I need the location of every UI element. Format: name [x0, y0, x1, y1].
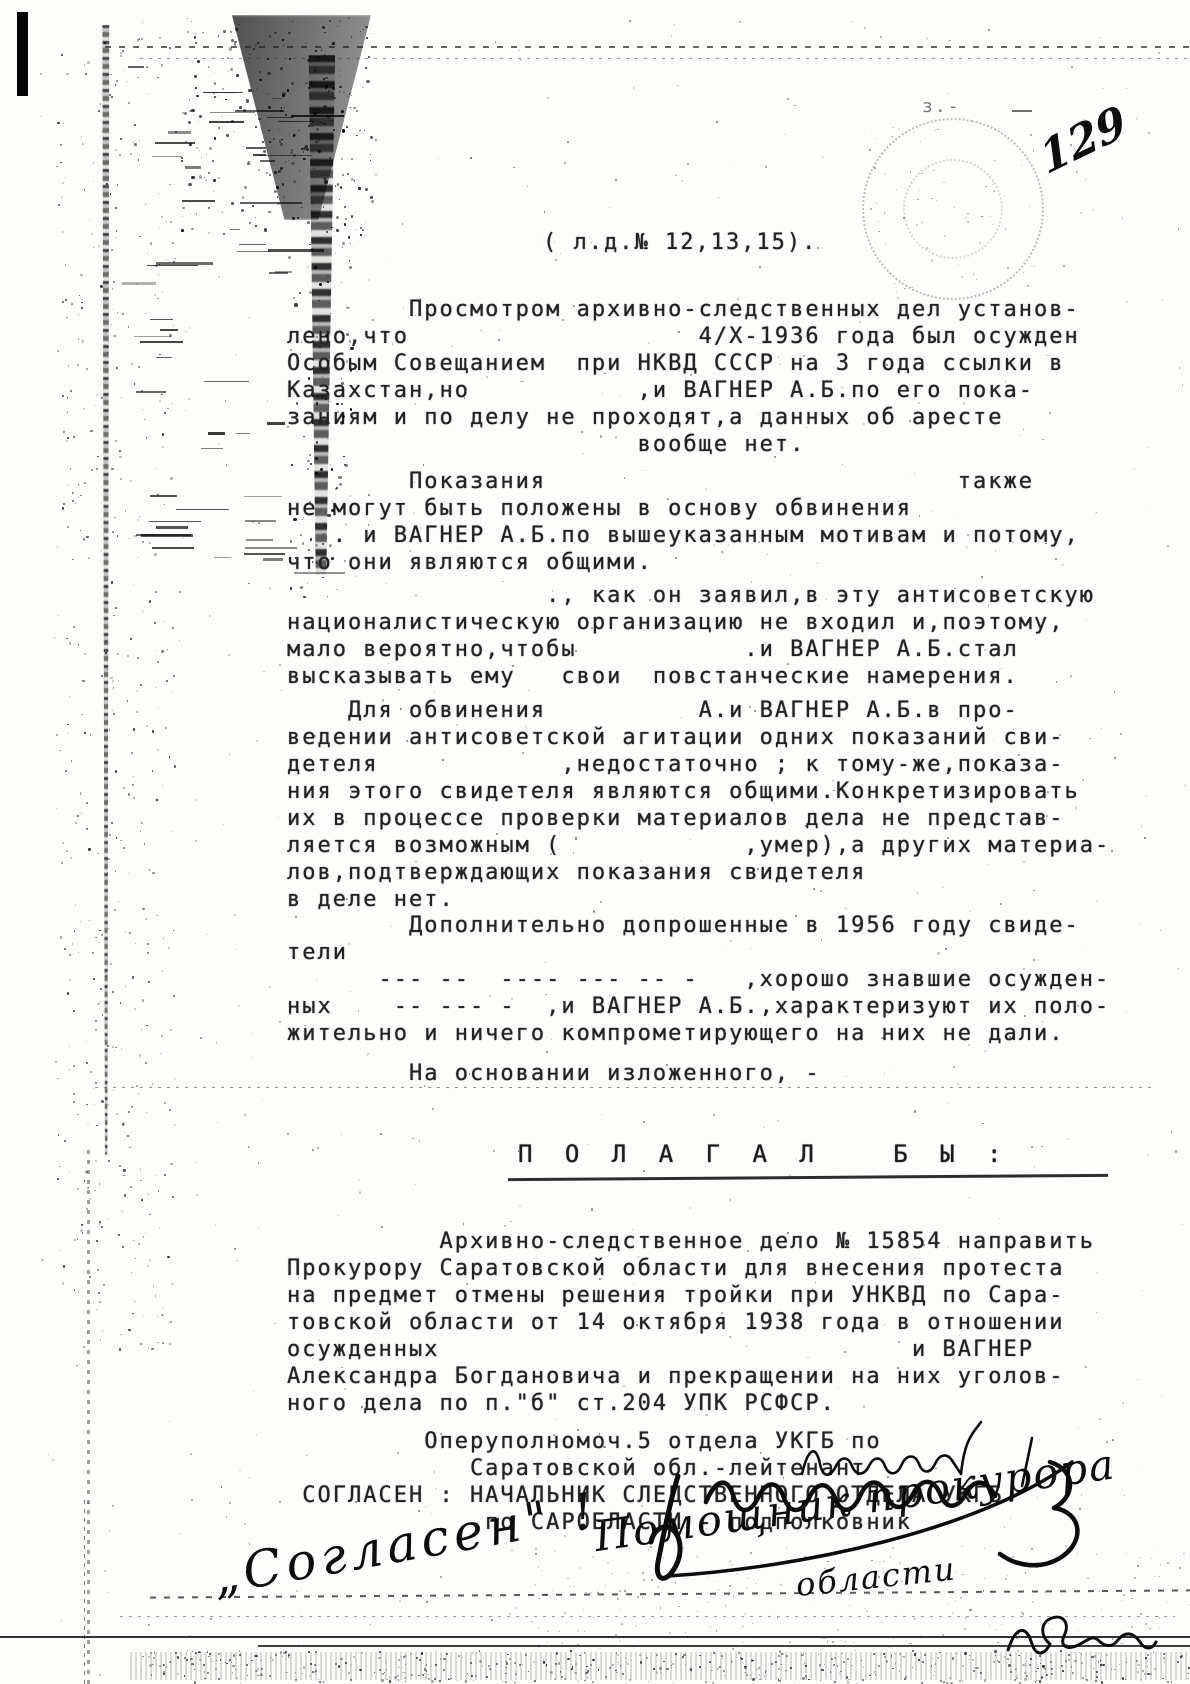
typed-line: Просмотром архивно-следственных дел уста… — [287, 296, 1080, 323]
typed-line: жительно и ничего компрометирующего на н… — [287, 1020, 1110, 1047]
corner-ink-wedge — [183, 15, 371, 220]
typed-line: ния этого свидетеля являются общими.Конк… — [287, 778, 1110, 805]
typed-line: ., как он заявил,в эту антисоветскую — [287, 582, 1095, 609]
typed-line: не могут быть положены в основу обвинени… — [287, 495, 1080, 522]
resolution-heading-underline — [508, 1174, 1108, 1181]
separator-dotted-rule — [95, 1087, 1155, 1088]
typed-line: националистическую организацию не входил… — [287, 609, 1095, 636]
typed-line: . и ВАГНЕР А.Б.по вышеуказанным мотивам … — [287, 522, 1080, 549]
typed-line: лов,подтверждающих показания свидетеля — [287, 859, 1110, 886]
resolution-heading: П О Л А Г А Л Б Ы : — [518, 1140, 1010, 1168]
typed-line: что они являются общими. — [287, 549, 1080, 576]
typed-line: ведении антисоветской агитации одних пок… — [287, 724, 1110, 751]
paragraph-denial: ., как он заявил,в эту антисоветскуюнаци… — [287, 582, 1095, 690]
scan-edge-bar — [17, 12, 28, 96]
paragraph-intro: Просмотром архивно-следственных дел уста… — [287, 296, 1080, 458]
folio-reference: ( л.д.№ 12,13,15). — [543, 230, 817, 255]
typed-line: ного дела по п."б" ст.204 УПК РСФСР. — [287, 1390, 1095, 1417]
round-stamp-inner-ring — [897, 153, 1010, 266]
paragraph-witnesses-1956: Дополнительно допрошенные в 1956 году св… — [287, 912, 1110, 1047]
typed-line: осужденных и ВАГНЕР — [287, 1336, 1095, 1363]
typed-line: Казахстан,но ,и ВАГНЕР А.Б.по его пока- — [287, 377, 1080, 404]
typed-line: их в процессе проверки материалов дела н… — [287, 805, 1110, 832]
typed-line: На основании изложенного, - — [287, 1060, 821, 1087]
typed-line: лено,что 4/X-1936 года был осужден — [287, 323, 1080, 350]
page-marker-dash — [1012, 110, 1032, 112]
typed-line: тели — [287, 939, 1110, 966]
typed-line: Архивно-следственное дело № 15854 направ… — [287, 1228, 1095, 1255]
bottom-solid-rule-2 — [258, 1645, 1190, 1647]
typed-line: мало вероятно,чтобы .и ВАГНЕР А.Б.стал — [287, 636, 1095, 663]
handwritten-official-role-line2: области — [794, 1549, 958, 1604]
typed-line: высказывать ему свои повстанческие намер… — [287, 663, 1095, 690]
typed-line: детеля ,недостаточно ; к тому-же,показа- — [287, 751, 1110, 778]
handwritten-folio-number: 129 — [1034, 96, 1132, 185]
typed-line: Александра Богдановича и прекращении на … — [287, 1363, 1095, 1390]
typed-line: заниям и по делу не проходят,а данных об… — [287, 404, 1080, 431]
typed-line: вообще нет. — [287, 431, 1080, 458]
binding-smear-tail — [87, 1150, 90, 1684]
typed-line: Показания также — [287, 468, 1080, 495]
prosecutor-signature-scrawl — [1008, 1617, 1156, 1653]
scanned-document-page: з.- 129 ( л.д.№ 12,13,15). Просмотром ар… — [0, 0, 1190, 1684]
typed-line: ляется возможным ( ,умер),а других матер… — [287, 832, 1110, 859]
typed-line: в деле нет. — [287, 886, 1110, 913]
bottom-dotted-rule — [120, 1616, 1175, 1617]
paragraph-testimony: Показания такжене могут быть положены в … — [287, 468, 1080, 576]
binding-smear-band — [97, 25, 115, 1155]
typed-line: ных -- --- - ,и ВАГНЕР А.Б.,характеризую… — [287, 993, 1110, 1020]
typed-line: Для обвинения А.и ВАГНЕР А.Б.в про- — [287, 697, 1110, 724]
typed-line: Прокурору Саратовской области для внесен… — [287, 1255, 1095, 1282]
typed-line: --- -- ---- --- -- - ,хорошо знавшие осу… — [287, 966, 1110, 993]
bottom-grime-band — [130, 1652, 1190, 1680]
paragraph-resolution: Архивно-следственное дело № 15854 направ… — [287, 1228, 1095, 1417]
bottom-dashed-rule — [150, 1589, 1190, 1598]
typed-line: Дополнительно допрошенные в 1956 году св… — [287, 912, 1110, 939]
paragraph-accusation-insufficient: Для обвинения А.и ВАГНЕР А.Б.в про-веден… — [287, 697, 1110, 913]
paragraph-conclusion-lead: На основании изложенного, - — [287, 1060, 821, 1087]
typed-line: Оперуполномоч.5 отдела УКГБ по — [287, 1428, 1004, 1455]
round-stamp-outline — [845, 101, 1061, 317]
page-marker: з.- — [922, 96, 961, 117]
bottom-solid-rule-1 — [0, 1636, 1190, 1638]
typed-line: товской области от 14 октября 1938 года … — [287, 1309, 1095, 1336]
typed-line: Особым Совещанием при НКВД СССР на 3 год… — [287, 350, 1080, 377]
typed-line: на предмет отмены решения тройки при УНК… — [287, 1282, 1095, 1309]
bottom-vertical-dotted-rule — [84, 1500, 85, 1684]
top-dashed-rule — [105, 46, 1190, 48]
top-dotted-rule — [140, 58, 1190, 59]
